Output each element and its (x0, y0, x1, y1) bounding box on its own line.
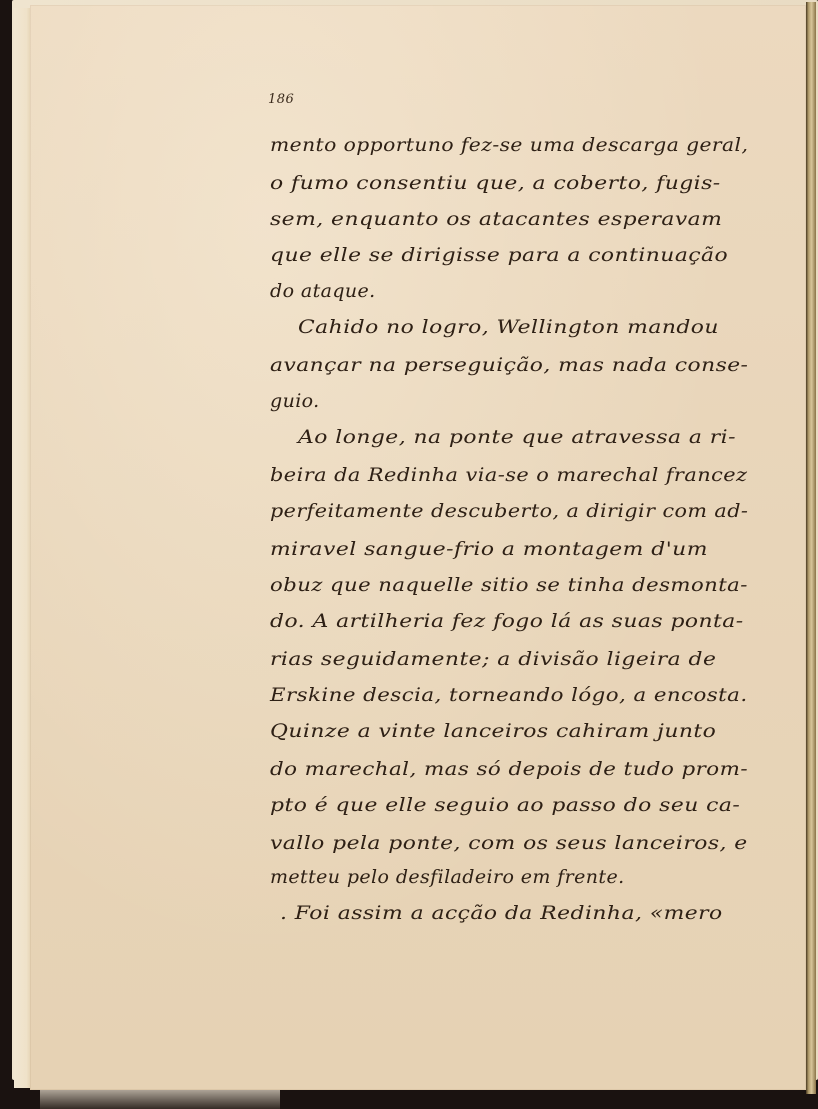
text-line: obuz que naquelle sitio se tinha desmont… (270, 574, 748, 596)
page-number: 186 (268, 92, 294, 107)
torn-bottom-edge (40, 1090, 280, 1109)
text-line: que elle se dirigisse para a continuação (270, 244, 728, 266)
book-edge (806, 2, 816, 1094)
text-line: mento opportuno fez-se uma descarga gera… (270, 134, 748, 156)
text-line: guio. (270, 390, 320, 412)
text-line: Ao longe, na ponte que atravessa a ri- (298, 426, 736, 448)
text-line: avançar na perseguição, mas nada conse- (270, 354, 748, 376)
text-line: sem, enquanto os atacantes esperavam (270, 208, 722, 230)
text-line: Erskine descia, torneando lógo, a encost… (270, 684, 748, 706)
text-line: pto é que elle seguio ao passo do seu ca… (270, 794, 740, 816)
text-line: . Foi assim a acção da Redinha, «mero (280, 902, 723, 924)
scanned-page-view: 186 mento opportuno fez-se uma descarga … (0, 0, 818, 1109)
text-line: do. A artilheria fez fogo lá as suas pon… (270, 610, 744, 632)
text-line: do ataque. (270, 280, 376, 302)
text-line: metteu pelo desfiladeiro em frente. (270, 866, 625, 888)
text-line: o fumo consentiu que, a coberto, fugis- (270, 172, 721, 194)
text-line: beira da Redinha via-se o marechal franc… (270, 464, 747, 486)
text-line: do marechal, mas só depois de tudo prom- (270, 758, 748, 780)
text-line: vallo pela ponte, com os seus lanceiros,… (270, 832, 748, 854)
text-line: miravel sangue-frio a montagem d'um (270, 538, 708, 560)
text-line: Quinze a vinte lanceiros cahiram junto (270, 720, 716, 742)
text-line: Cahido no logro, Wellington mandou (298, 316, 719, 338)
text-line: rias seguidamente; a divisão ligeira de (270, 648, 716, 670)
text-line: perfeitamente descuberto, a dirigir com … (270, 500, 748, 522)
